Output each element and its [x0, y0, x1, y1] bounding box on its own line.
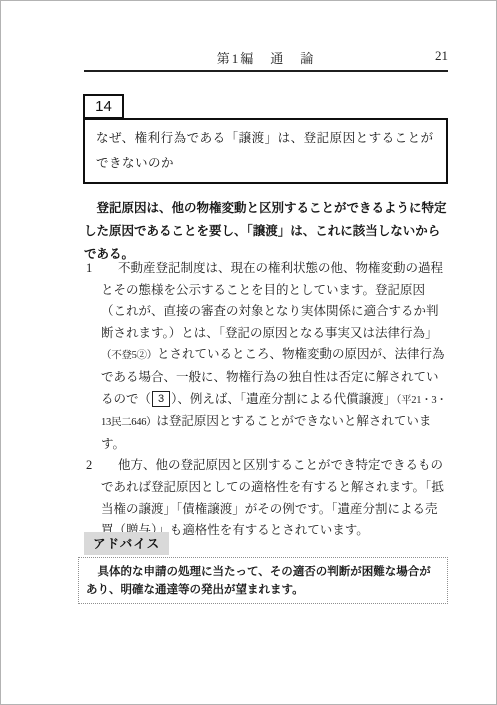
paragraph-2-text: 他方、他の登記原因と区別することができ特定できるものであれば登記原因としての適格…: [101, 458, 444, 537]
advice-text: 具体的な申請の処理に当たって、その適否の判断が困難な場合があり、明確な通達等の発…: [86, 566, 431, 596]
statute-ref: （不登5②）: [101, 350, 157, 361]
body-text: 1 不動産登記制度は、現在の権利状態の他、物権変動の過程とその態様を公示すること…: [84, 258, 448, 542]
cross-ref-box: 3: [152, 391, 170, 407]
running-head: 第1編 通 論 21: [84, 48, 448, 65]
section-title: 第1編 通 論: [84, 48, 448, 67]
paragraph-1: 1 不動産登記制度は、現在の権利状態の他、物権変動の過程とその態様を公示すること…: [84, 258, 448, 455]
paragraph-2-number: 2: [86, 455, 92, 477]
question-box: なぜ、権利行為である「譲渡」は、登記原因とすることができないのか: [83, 118, 448, 184]
book-page: 第1編 通 論 21 14 なぜ、権利行為である「譲渡」は、登記原因とすることが…: [0, 0, 497, 705]
advice-box: 具体的な申請の処理に当たって、その適否の判断が困難な場合があり、明確な通達等の発…: [78, 557, 448, 604]
header-rule: [84, 70, 448, 72]
question-text: なぜ、権利行為である「譲渡」は、登記原因とすることができないのか: [96, 131, 434, 170]
page-number: 21: [435, 48, 448, 64]
paragraph-1-number: 1: [86, 258, 92, 280]
paragraph-1-text: ）、例えば、「遺産分割による代償譲渡」: [171, 392, 396, 406]
topic-number: 14: [95, 98, 112, 115]
answer-summary: 登記原因は、他の物権変動と区別することができるように特定した原因であることを要し…: [84, 197, 448, 266]
paragraph-1-text: 不動産登記制度は、現在の権利状態の他、物権変動の過程とその態様を公示することを目…: [101, 261, 443, 340]
advice-label: アドバイス: [84, 532, 169, 555]
paragraph-2: 2 他方、他の登記原因と区別することができ特定できるものであれば登記原因としての…: [84, 455, 448, 541]
topic-number-box: 14: [83, 94, 124, 119]
